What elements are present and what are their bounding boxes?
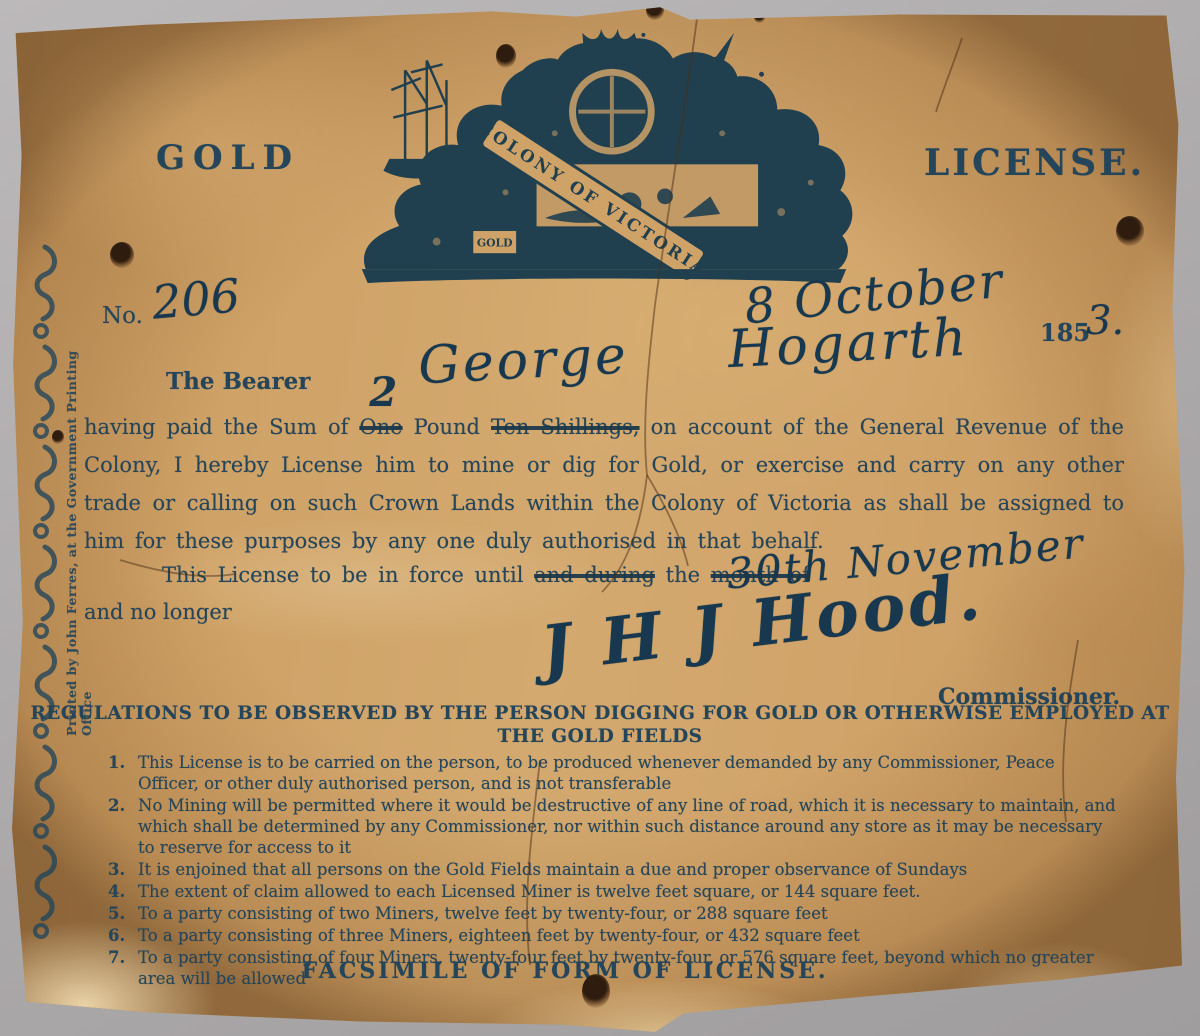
gold-box-icon: GOLD <box>472 230 517 255</box>
regulations-heading-line2: THE GOLD FIELDS <box>0 726 1200 747</box>
regulation-text: This License is to be carried on the per… <box>138 752 1118 794</box>
license-number-label: No. <box>102 303 143 329</box>
issue-year-written: 3. <box>1086 298 1124 344</box>
regulation-item: 4. The extent of claim allowed to each L… <box>108 881 1118 902</box>
regulation-number: 2. <box>108 795 138 858</box>
regulation-text: No Mining will be permitted where it wou… <box>138 795 1118 858</box>
force-suffix: and no longer <box>84 600 232 624</box>
license-title: LICENSE. <box>924 142 1145 184</box>
regulation-item: 1. This License is to be carried on the … <box>108 752 1118 794</box>
regulation-number: 1. <box>108 752 138 794</box>
pound-word: Pound <box>414 415 480 439</box>
gold-box-label: GOLD <box>477 237 513 250</box>
paper-hole <box>1116 216 1144 246</box>
regulation-item: 2. No Mining will be permitted where it … <box>108 795 1118 858</box>
regulation-number: 5. <box>108 903 138 924</box>
force-prefix: This License to be in force until <box>162 563 523 587</box>
paper-hole <box>52 430 64 444</box>
force-clause-line: This License to be in force until and du… <box>162 563 810 587</box>
regulation-item: 6. To a party consisting of three Miners… <box>108 925 1118 946</box>
regulation-text: To a party consisting of two Miners, twe… <box>138 903 1118 924</box>
regulation-item: 3. It is enjoined that all persons on th… <box>108 859 1118 880</box>
regulation-item: 5. To a party consisting of two Miners, … <box>108 903 1118 924</box>
photo-backdrop: Printed by John Ferres, at the Governmen… <box>0 0 1200 1036</box>
license-number-value: 206 <box>150 268 242 329</box>
regulation-number: 3. <box>108 859 138 880</box>
colony-of-victoria-crest-icon: COLONY OF VICTORIA GOLD <box>348 14 860 292</box>
struck-shillings: Ten Shillings, <box>491 415 640 439</box>
regulation-number: 4. <box>108 881 138 902</box>
force-struck-1: and during <box>534 563 655 587</box>
regulation-text: To a party consisting of three Miners, e… <box>138 925 1118 946</box>
scrollwork-border-icon <box>26 242 64 948</box>
struck-amount-wrap: 2 One <box>359 408 402 446</box>
gold-title: GOLD <box>156 138 300 178</box>
regulations-list: 1. This License is to be carried on the … <box>108 752 1118 990</box>
written-amount: 2 <box>369 374 397 412</box>
facsimile-note: FACSIMILE OF FORM OF LICENSE. <box>0 958 1130 984</box>
regulation-text: It is enjoined that all persons on the G… <box>138 859 1118 880</box>
bearer-name-signature: George Hogarth <box>417 308 971 397</box>
regulation-text: The extent of claim allowed to each Lice… <box>138 881 1118 902</box>
struck-amount: One <box>359 415 402 439</box>
bearer-label: The Bearer <box>166 368 310 395</box>
regulation-number: 6. <box>108 925 138 946</box>
issue-year-printed: 185 <box>1040 318 1090 347</box>
paper-hole <box>496 44 516 68</box>
force-middle: the <box>666 563 700 587</box>
sum-prefix: having paid the Sum of <box>84 415 348 439</box>
paper-hole <box>754 10 765 23</box>
document-content: Printed by John Ferres, at the Governmen… <box>0 0 1200 1036</box>
regulations-heading-line1: REGULATIONS TO BE OBSERVED BY THE PERSON… <box>0 703 1200 724</box>
paper-hole <box>110 242 134 268</box>
paper-hole <box>646 0 664 20</box>
gold-license-document: Printed by John Ferres, at the Governmen… <box>0 0 1200 1036</box>
paper-hole <box>582 974 610 1008</box>
